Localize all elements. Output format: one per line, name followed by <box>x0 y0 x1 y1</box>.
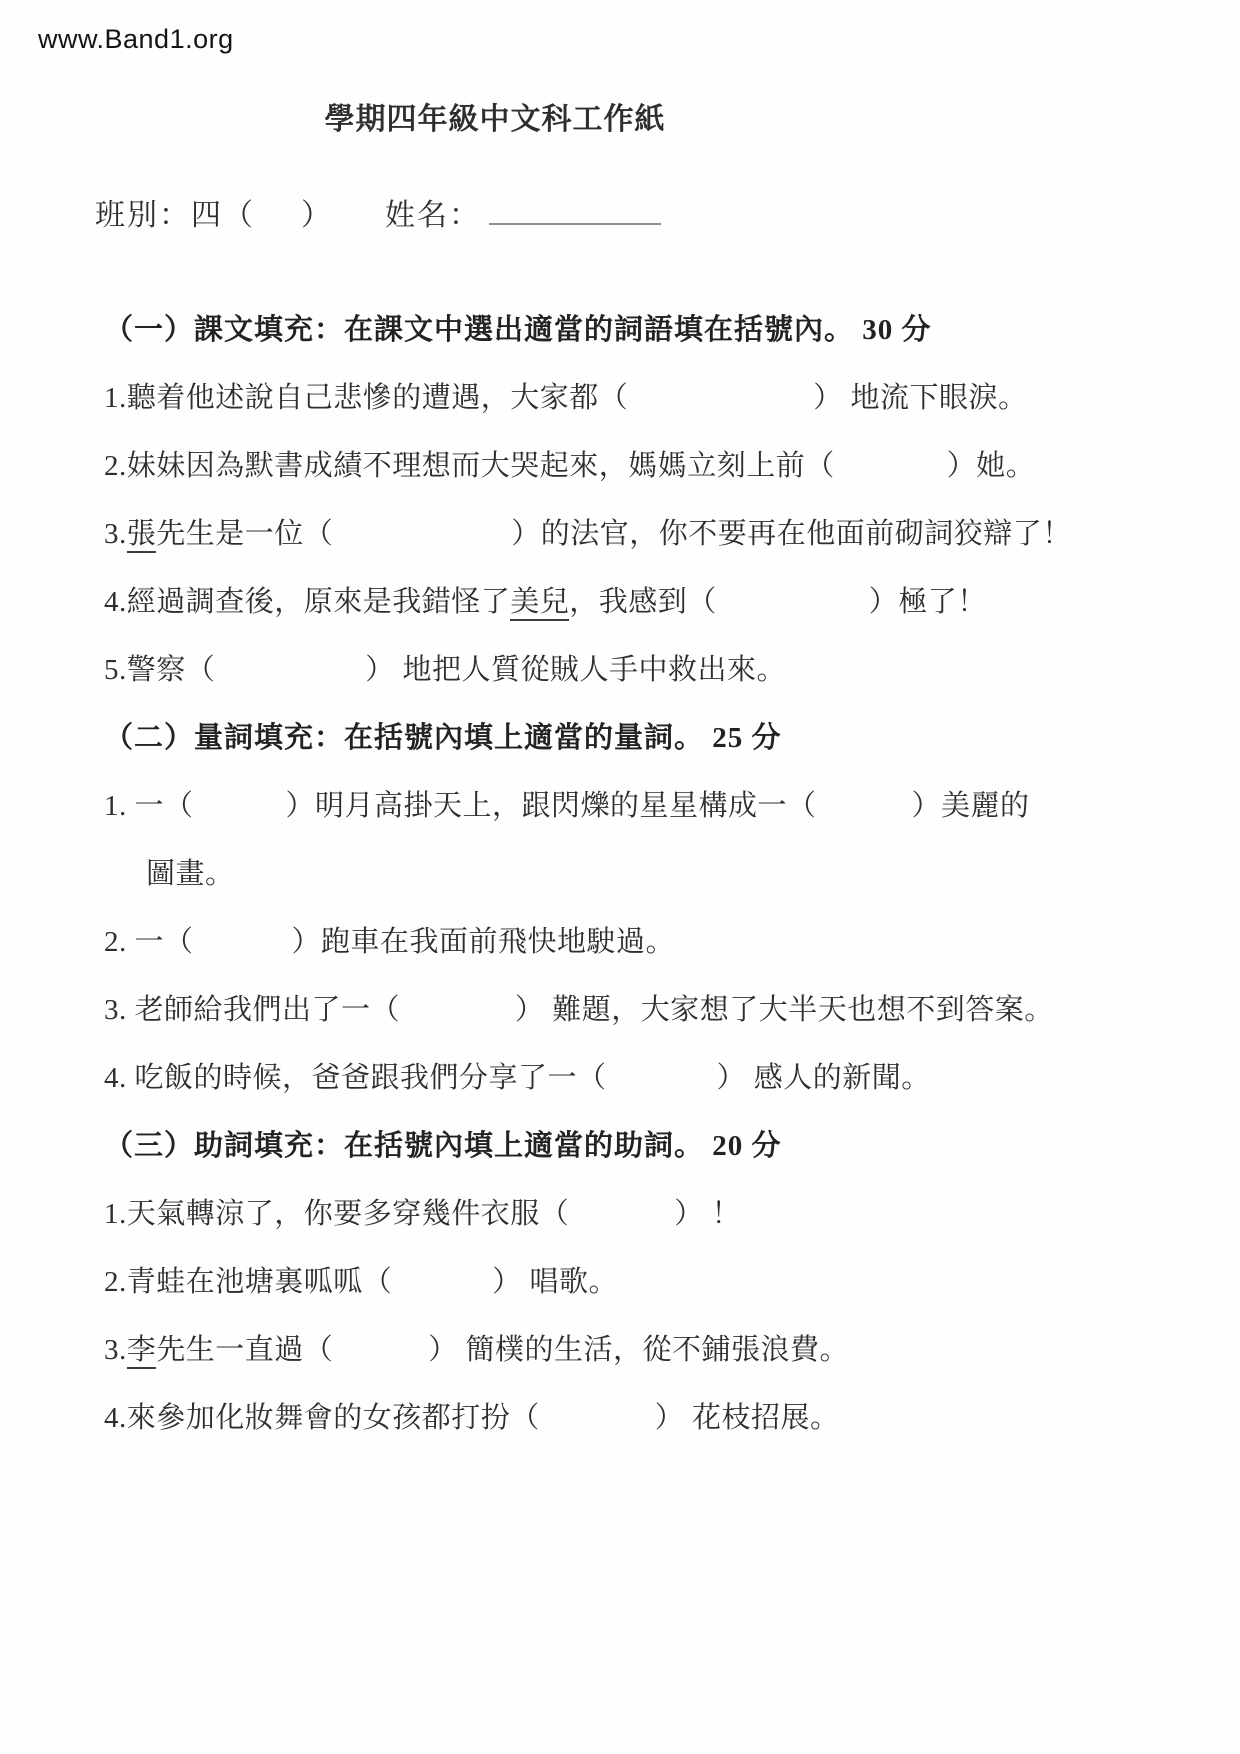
question-row: 1.天氣轉涼了，你要多穿幾件衣服（） ！ <box>104 1198 1204 1230</box>
question-text: 先生是一位（ <box>156 518 333 550</box>
class-label: 班別：四（ <box>95 199 255 232</box>
question-text: 1. 一（ <box>104 790 194 822</box>
question-row: 2.妹妹因為默書成績不理想而大哭起來，媽媽立刻上前（）她。 <box>104 450 1204 482</box>
question-text: ） 難題，大家想了大半天也想不到答案。 <box>515 994 1054 1026</box>
question-text: ）她。 <box>947 450 1036 482</box>
question-text: ） 簡樸的生活，從不鋪張浪費。 <box>428 1334 849 1366</box>
section-heading: （一）課文填充：在課文中選出適當的詞語填在括號內。 30 分 <box>104 314 1204 346</box>
class-label-close: ） <box>301 199 333 232</box>
answer-blank[interactable] <box>607 1085 717 1087</box>
section-heading: （三）助詞填充：在括號內填上適當的助詞。 20 分 <box>104 1130 1204 1162</box>
question-text: 3. <box>104 518 127 550</box>
question-text: 3. <box>104 1334 127 1366</box>
section-heading: （二）量詞填充：在括號內填上適當的量詞。 25 分 <box>104 722 1204 754</box>
question-text: ）的法官，你不要再在他面前砌詞狡辯了！ <box>511 518 1072 550</box>
answer-blank[interactable] <box>215 677 365 679</box>
question-text: 先生一直過（ <box>156 1334 333 1366</box>
question-text: ） 唱歌。 <box>492 1266 618 1298</box>
answer-blank[interactable] <box>817 813 912 815</box>
question-text: 3. 老師給我們出了一（ <box>104 994 400 1026</box>
question-text: ）跑車在我面前飛快地駛過。 <box>292 926 676 958</box>
answer-blank[interactable] <box>333 1357 428 1359</box>
answer-blank[interactable] <box>835 473 947 475</box>
question-text: 1.聽着他述說自己悲慘的遭遇，大家都（ <box>104 382 628 414</box>
question-text: 4.來參加化妝舞會的女孩都打扮（ <box>104 1402 540 1434</box>
question-row: 5.警察（） 地把人質從賊人手中救出來。 <box>104 654 1204 686</box>
question-row: 4.經過調查後，原來是我錯怪了美兒，我感到（）極了！ <box>104 586 1204 618</box>
worksheet-page: www.Band1.org 學期四年級中文科工作紙 班別：四（）姓名： （一）課… <box>0 0 1240 1754</box>
question-text: ） 感人的新聞。 <box>717 1062 931 1094</box>
question-row: 3. 老師給我們出了一（） 難題，大家想了大半天也想不到答案。 <box>104 994 1204 1026</box>
question-text: 1.天氣轉涼了，你要多穿幾件衣服（ <box>104 1198 569 1230</box>
question-row: 4.來參加化妝舞會的女孩都打扮（） 花枝招展。 <box>104 1402 1204 1434</box>
name-label: 姓名： <box>385 199 481 232</box>
question-text: 5.警察（ <box>104 654 215 686</box>
answer-blank[interactable] <box>392 1289 492 1291</box>
question-text: ）美麗的 <box>912 790 1030 822</box>
question-row: 4. 吃飯的時候，爸爸跟我們分享了一（） 感人的新聞。 <box>104 1062 1204 1094</box>
answer-blank[interactable] <box>717 609 869 611</box>
answer-blank[interactable] <box>333 541 511 543</box>
class-blank[interactable] <box>255 223 301 225</box>
underlined-word: 張 <box>127 518 157 553</box>
question-text: 4.經過調查後，原來是我錯怪了 <box>104 586 510 618</box>
answer-blank[interactable] <box>194 949 292 951</box>
question-text: 圖畫。 <box>146 858 235 890</box>
answer-blank[interactable] <box>540 1425 655 1427</box>
worksheet-body: （一）課文填充：在課文中選出適當的詞語填在括號內。 30 分1.聽着他述說自己悲… <box>104 314 1204 1470</box>
question-row: 3.張先生是一位（）的法官，你不要再在他面前砌詞狡辯了！ <box>104 518 1204 550</box>
question-text: 2.青蛙在池塘裏呱呱（ <box>104 1266 392 1298</box>
question-row: 3.李先生一直過（） 簡樸的生活，從不鋪張浪費。 <box>104 1334 1204 1366</box>
label-spacer <box>333 223 385 225</box>
question-text: ，我感到（ <box>569 586 717 618</box>
answer-blank[interactable] <box>400 1017 515 1019</box>
student-info-line: 班別：四（）姓名： <box>95 190 661 234</box>
site-watermark: www.Band1.org <box>38 24 234 55</box>
question-text: 2. 一（ <box>104 926 194 958</box>
question-text: ）明月高掛天上，跟閃爍的星星構成一（ <box>286 790 817 822</box>
question-row: 2.青蛙在池塘裏呱呱（） 唱歌。 <box>104 1266 1204 1298</box>
question-text: 4. 吃飯的時候，爸爸跟我們分享了一（ <box>104 1062 607 1094</box>
question-text: ）極了！ <box>869 586 987 618</box>
answer-blank[interactable] <box>194 813 286 815</box>
question-text: ） 地把人質從賊人手中救出來。 <box>365 654 786 686</box>
name-blank-line[interactable] <box>489 218 661 225</box>
question-row: 1.聽着他述說自己悲慘的遭遇，大家都（） 地流下眼淚。 <box>104 382 1204 414</box>
answer-blank[interactable] <box>628 405 813 407</box>
worksheet-title: 學期四年級中文科工作紙 <box>0 94 1240 138</box>
question-row: 圖畫。 <box>146 858 1204 890</box>
underlined-word: 李 <box>127 1334 157 1369</box>
question-text: ） 地流下眼淚。 <box>813 382 1027 414</box>
question-text: ） 花枝招展。 <box>655 1402 840 1434</box>
answer-blank[interactable] <box>569 1221 674 1223</box>
underlined-word: 美兒 <box>510 586 569 621</box>
question-text: 2.妹妹因為默書成績不理想而大哭起來，媽媽立刻上前（ <box>104 450 835 482</box>
question-row: 2. 一（）跑車在我面前飛快地駛過。 <box>104 926 1204 958</box>
question-text: ） ！ <box>674 1198 741 1230</box>
question-row: 1. 一（）明月高掛天上，跟閃爍的星星構成一（）美麗的 <box>104 790 1204 822</box>
